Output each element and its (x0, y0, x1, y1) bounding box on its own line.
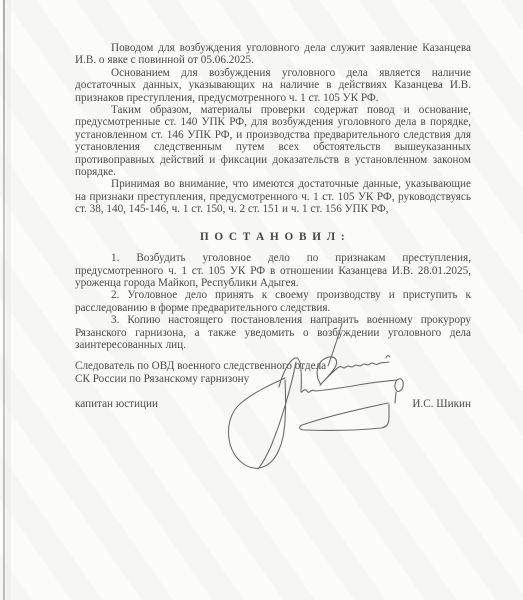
scanned-document-page: Поводом для возбуждения уголовного дела … (0, 0, 523, 600)
signature-block: Следователь по ОВД военного следственног… (75, 360, 471, 410)
resolution-item-2: 2. Уголовное дело принять к своему произ… (75, 289, 471, 314)
scan-edge-line (3, 0, 5, 600)
signer-rank: капитан юстиции (75, 398, 158, 410)
signer-name: И.С. Шикин (412, 398, 471, 410)
resolution-item-1: 1. Возбудить уголовное дело по признакам… (75, 252, 471, 289)
resolution-item-3: 3. Копию настоящего постановления направ… (75, 314, 471, 351)
rank-and-name-row: капитан юстиции И.С. Шикин (75, 398, 471, 410)
scan-edge-shade (6, 0, 11, 600)
signer-position-line-1: Следователь по ОВД военного следственног… (75, 360, 471, 372)
intro-paragraph-2: Основанием для возбуждения уголовного де… (75, 67, 471, 104)
signer-position-line-2: СК России по Рязанскому гарнизону (75, 373, 471, 385)
intro-paragraph-1: Поводом для возбуждения уголовного дела … (75, 42, 471, 67)
intro-paragraph-3: Таким образом, материалы проверки содерж… (75, 104, 471, 178)
intro-paragraph-4: Принимая во внимание, что имеются достат… (75, 178, 471, 215)
resolution-heading: П О С Т А Н О В И Л : (75, 231, 471, 243)
document-body: Поводом для возбуждения уголовного дела … (75, 42, 471, 411)
